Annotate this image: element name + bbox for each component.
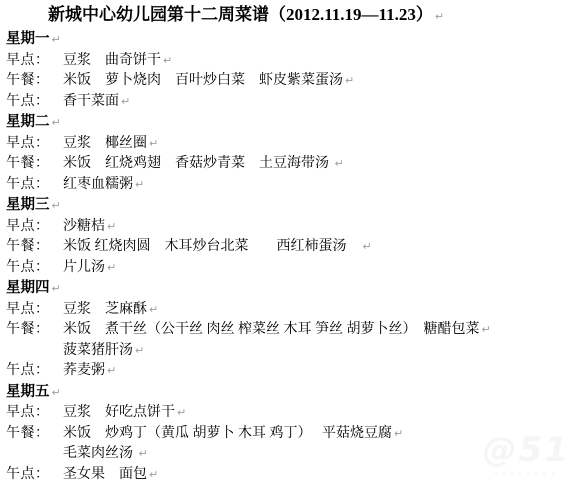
paragraph-mark: ↵	[107, 364, 116, 377]
meal-items-text: 豆浆 芝麻酥	[63, 302, 147, 317]
paragraph-mark: ↵	[163, 54, 172, 67]
paragraph-mark: ↵	[363, 240, 372, 253]
meal-items-text: 红枣血糯粥	[63, 177, 133, 192]
meal-line: 午餐：米饭 煮干丝（公干丝 肉丝 榨菜丝 木耳 笋丝 胡萝卜丝） 糖醋包菜↵	[6, 320, 584, 341]
paragraph-mark: ↵	[149, 468, 158, 481]
paragraph-mark: ↵	[149, 137, 158, 150]
meal-items: 豆浆 芝麻酥↵	[63, 300, 158, 321]
paragraph-mark: ↵	[394, 427, 403, 440]
meal-items: 豆浆 椰丝圈↵	[63, 134, 158, 155]
meal-items-text: 米饭 萝卜烧肉 百叶炒白菜 虾皮紫菜蛋汤	[63, 73, 343, 88]
meal-items-text: 沙糖桔	[63, 219, 105, 234]
paragraph-mark: ↵	[121, 95, 130, 108]
meal-line: 午餐：米饭 萝卜烧肉 百叶炒白菜 虾皮紫菜蛋汤↵	[6, 71, 584, 92]
meal-items-text: 豆浆 曲奇饼干	[63, 53, 161, 68]
meal-label: 早点：	[6, 134, 63, 155]
document-title: 新城中心幼儿园第十二周菜谱（2012.11.19—11.23）↵	[0, 0, 584, 29]
paragraph-mark: ↵	[52, 116, 61, 129]
meal-items: 红枣血糯粥↵	[63, 175, 144, 196]
title-text: 新城中心幼儿园第十二周菜谱（2012.11.19—11.23）	[48, 5, 433, 24]
day-heading-text: 星期四	[6, 280, 50, 296]
meal-items-text: 米饭 红烧鸡翅 香菇炒青菜 土豆海带汤	[63, 156, 333, 171]
document-page[interactable]: 新城中心幼儿园第十二周菜谱（2012.11.19—11.23）↵ 星期一↵早点：…	[0, 0, 584, 484]
day-heading-text: 星期三	[6, 197, 50, 213]
meal-line: 早点：豆浆 曲奇饼干↵	[6, 51, 584, 72]
meal-items-text: 豆浆 椰丝圈	[63, 136, 147, 151]
paragraph-mark: ↵	[135, 344, 144, 357]
meal-line: 午餐：米饭 红烧肉圆 木耳炒台北菜 西红柿蛋汤 ↵	[6, 237, 584, 258]
meal-items-text: 米饭 红烧肉圆 木耳炒台北菜 西红柿蛋汤	[63, 239, 361, 254]
day-heading: 星期一↵	[6, 29, 584, 51]
meal-label: 早点：	[6, 217, 63, 238]
meal-line: 午点：片儿汤↵	[6, 258, 584, 279]
meal-line: 早点：豆浆 好吃点饼干↵	[6, 403, 584, 424]
paragraph-mark: ↵	[107, 220, 116, 233]
paragraph-mark: ↵	[149, 303, 158, 316]
meal-label: 早点：	[6, 51, 63, 72]
meal-items: 毛菜肉丝汤 ↵	[63, 444, 148, 465]
meal-items-text: 圣女果 面包	[63, 467, 147, 482]
meal-label: 午点：	[6, 92, 63, 113]
day-heading: 星期五↵	[6, 382, 584, 404]
meal-line: 毛菜肉丝汤 ↵	[6, 444, 584, 465]
meal-label: 午餐：	[6, 154, 63, 175]
meal-items: 香干菜面↵	[63, 92, 130, 113]
meal-line: 早点：豆浆 芝麻酥↵	[6, 300, 584, 321]
meal-line: 午点：香干菜面↵	[6, 92, 584, 113]
meal-items: 圣女果 面包↵	[63, 465, 158, 484]
meal-items: 片儿汤↵	[63, 258, 116, 279]
meal-items-text: 毛菜肉丝汤	[63, 446, 137, 461]
paragraph-mark: ↵	[435, 10, 444, 23]
meal-items-text: 香干菜面	[63, 94, 119, 109]
meal-items-text: 荞麦粥	[63, 363, 105, 378]
day-heading-text: 星期一	[6, 31, 50, 47]
meal-line: 午点：圣女果 面包↵	[6, 465, 584, 484]
meal-items-text: 豆浆 好吃点饼干	[63, 405, 175, 420]
meal-items: 豆浆 好吃点饼干↵	[63, 403, 186, 424]
meal-items-text: 米饭 炒鸡丁（黄瓜 胡萝卜 木耳 鸡丁） 平菇烧豆腐	[63, 426, 392, 441]
meal-label: 午点：	[6, 175, 63, 196]
meal-line: 早点：沙糖桔↵	[6, 217, 584, 238]
meal-label: 早点：	[6, 403, 63, 424]
meal-items-text: 片儿汤	[63, 260, 105, 275]
menu-body: 星期一↵早点：豆浆 曲奇饼干↵午餐：米饭 萝卜烧肉 百叶炒白菜 虾皮紫菜蛋汤↵午…	[0, 29, 584, 484]
day-heading-text: 星期二	[6, 114, 50, 130]
meal-items: 米饭 煮干丝（公干丝 肉丝 榨菜丝 木耳 笋丝 胡萝卜丝） 糖醋包菜↵	[63, 320, 491, 341]
paragraph-mark: ↵	[52, 282, 61, 295]
meal-items-text: 菠菜猪肝汤	[63, 343, 133, 358]
day-heading: 星期四↵	[6, 278, 584, 300]
meal-label: 午餐：	[6, 320, 63, 341]
meal-items: 米饭 炒鸡丁（黄瓜 胡萝卜 木耳 鸡丁） 平菇烧豆腐↵	[63, 424, 403, 445]
day-heading: 星期二↵	[6, 112, 584, 134]
meal-items: 豆浆 曲奇饼干↵	[63, 51, 172, 72]
meal-line: 午餐：米饭 炒鸡丁（黄瓜 胡萝卜 木耳 鸡丁） 平菇烧豆腐↵	[6, 424, 584, 445]
paragraph-mark: ↵	[177, 406, 186, 419]
meal-line: 早点：豆浆 椰丝圈↵	[6, 134, 584, 155]
meal-items: 菠菜猪肝汤↵	[63, 341, 144, 362]
paragraph-mark: ↵	[52, 33, 61, 46]
meal-items: 沙糖桔↵	[63, 217, 116, 238]
meal-label: 午点：	[6, 465, 63, 484]
day-heading-text: 星期五	[6, 384, 50, 400]
day-heading: 星期三↵	[6, 195, 584, 217]
meal-line: 午点：荞麦粥↵	[6, 361, 584, 382]
paragraph-mark: ↵	[107, 261, 116, 274]
meal-line: 午点：红枣血糯粥↵	[6, 175, 584, 196]
meal-line: 午餐：米饭 红烧鸡翅 香菇炒青菜 土豆海带汤 ↵	[6, 154, 584, 175]
meal-line: 菠菜猪肝汤↵	[6, 341, 584, 362]
meal-label: 午餐：	[6, 237, 63, 258]
meal-items: 荞麦粥↵	[63, 361, 116, 382]
paragraph-mark: ↵	[335, 157, 344, 170]
paragraph-mark: ↵	[135, 178, 144, 191]
meal-items: 米饭 红烧鸡翅 香菇炒青菜 土豆海带汤 ↵	[63, 154, 344, 175]
meal-label: 早点：	[6, 300, 63, 321]
meal-label: 午餐：	[6, 71, 63, 92]
meal-label: 午点：	[6, 361, 63, 382]
paragraph-mark: ↵	[345, 74, 354, 87]
paragraph-mark: ↵	[139, 447, 148, 460]
paragraph-mark: ↵	[52, 386, 61, 399]
paragraph-mark: ↵	[482, 323, 491, 336]
meal-label: 午点：	[6, 258, 63, 279]
paragraph-mark: ↵	[52, 199, 61, 212]
meal-items: 米饭 萝卜烧肉 百叶炒白菜 虾皮紫菜蛋汤↵	[63, 71, 354, 92]
meal-items-text: 米饭 煮干丝（公干丝 肉丝 榨菜丝 木耳 笋丝 胡萝卜丝） 糖醋包菜	[63, 322, 480, 337]
meal-items: 米饭 红烧肉圆 木耳炒台北菜 西红柿蛋汤 ↵	[63, 237, 372, 258]
meal-label: 午餐：	[6, 424, 63, 445]
